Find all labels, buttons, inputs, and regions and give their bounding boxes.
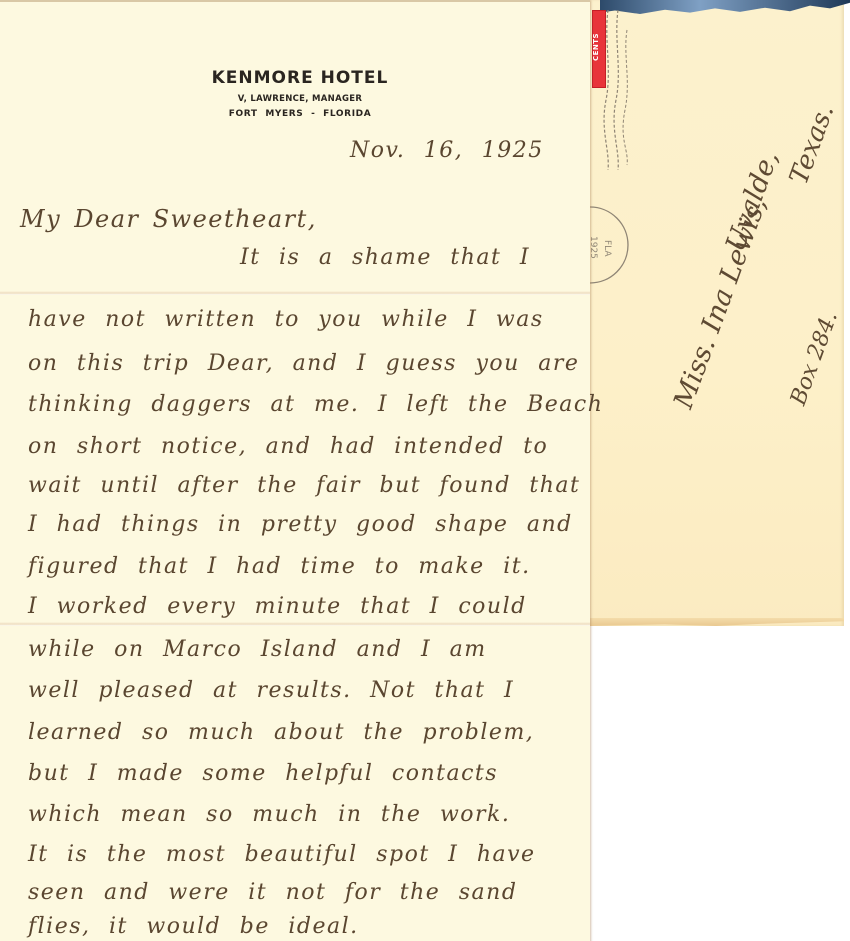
letter-line: have not written to you while I was — [28, 307, 544, 332]
location-line: FORT MYERS - FLORIDA — [180, 109, 420, 119]
letter-page: KENMORE HOTEL V, LAWRENCE, MANAGER FORT … — [0, 0, 590, 941]
salutation: My Dear Sweetheart, — [20, 205, 317, 233]
letter-line: thinking daggers at me. I left the Beach — [28, 392, 603, 417]
letter-line: flies, it would be ideal. — [28, 914, 359, 939]
manager-line: V, LAWRENCE, MANAGER — [180, 94, 420, 104]
letter-date: Nov. 16, 1925 — [350, 138, 544, 163]
letter-line: I worked every minute that I could — [28, 594, 527, 619]
letter-line: wait until after the fair but found that — [28, 473, 580, 498]
letter-line: well pleased at results. Not that I — [28, 678, 514, 703]
letter-line: while on Marco Island and I am — [28, 637, 487, 662]
hotel-name: KENMORE HOTEL — [180, 68, 420, 88]
postmark-state: FLA — [602, 240, 612, 257]
letter-line: It is a shame that I — [240, 245, 530, 270]
letter-line: learned so much about the problem, — [28, 720, 534, 745]
letter-line: seen and were it not for the sand — [28, 880, 517, 905]
fold-line — [0, 291, 590, 295]
letter-line: figured that I had time to make it. — [28, 554, 531, 579]
letterhead: KENMORE HOTEL V, LAWRENCE, MANAGER FORT … — [180, 68, 420, 119]
letter-line: It is the most beautiful spot I have — [28, 842, 536, 867]
letter-line: on this trip Dear, and I guess you are — [28, 351, 579, 376]
fold-line — [0, 622, 590, 626]
cancellation-lines-icon — [600, 10, 640, 170]
letter-line: I had things in pretty good shape and — [28, 512, 573, 537]
letter-line: which mean so much in the work. — [28, 802, 510, 827]
letter-line: on short notice, and had intended to — [28, 434, 548, 459]
letter-line: but I made some helpful contacts — [28, 761, 498, 786]
